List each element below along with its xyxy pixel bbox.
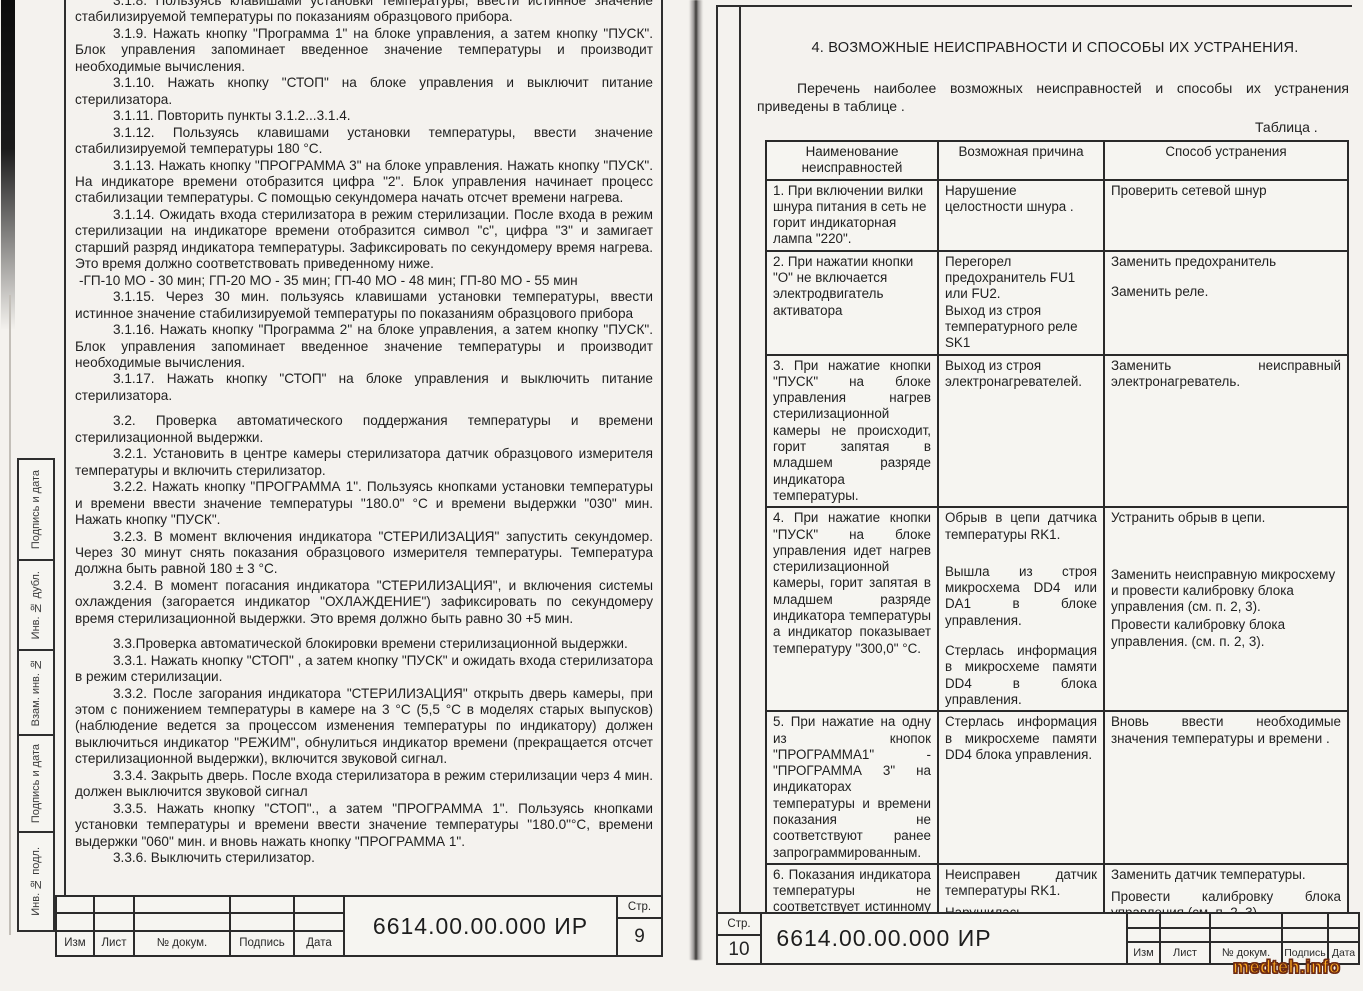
title-block-empty-row — [57, 897, 343, 914]
cell-text: Нарушение целостности шнура . — [945, 183, 1097, 216]
fault-cell: 3. При нажатие кнопки "ПУСК" на блоке уп… — [766, 355, 938, 508]
title-block-empty-row — [57, 914, 343, 931]
right-page-frame-inner — [739, 5, 741, 912]
paragraph-3-1-12: 3.1.12. Пользуясь клавишами установки те… — [75, 125, 653, 158]
cell-text: Заменить реле. — [1111, 284, 1341, 300]
title-block-empty-row — [1128, 914, 1358, 929]
paragraph-3-2-3: 3.2.3. В момент включения индикатора "СТ… — [75, 529, 653, 578]
table-caption: Таблица . — [1255, 119, 1318, 135]
paragraph-3-1-10: 3.1.10. Нажать кнопку "СТОП" на блоке уп… — [75, 75, 653, 108]
col-podpis: Подпись — [231, 932, 295, 955]
table-row: 5. При нажатие на одну из кнопок "ПРОГРА… — [766, 711, 1348, 864]
margin-box-signature-date-1: Подпись и дата — [17, 458, 55, 561]
scan-edge-line — [9, 295, 11, 935]
page-number: 10 — [718, 936, 760, 963]
cell-text: Заменить неисправный электронагреватель. — [1111, 358, 1341, 391]
left-title-block-columns: Изм Лист № докум. Подпись Дата — [57, 897, 345, 955]
section-heading: 4. ВОЗМОЖНЫЕ НЕИСПРАВНОСТИ И СПОСОБЫ ИХ … — [758, 40, 1352, 56]
col-list: Лист — [95, 932, 135, 955]
paragraph-gp-models: -ГП-10 МО - 30 мин; ГП-20 МО - 35 мин; Г… — [75, 273, 653, 289]
paragraph-3-3-1: 3.3.1. Нажать кнопку "СТОП" , а затем кн… — [75, 653, 653, 686]
paragraph-3-3: 3.3.Проверка автоматической блокировки в… — [75, 636, 653, 652]
paragraph-3-3-6: 3.3.6. Выключить стерилизатор. — [75, 850, 653, 866]
fault-cell: 1. При включении вилки шнура питания в с… — [766, 180, 938, 251]
cause-cell: Стерлась информация в микросхеме памяти … — [938, 711, 1104, 864]
paragraph-3-3-2: 3.3.2. После загорания индикатора "СТЕРИ… — [75, 686, 653, 768]
margin-box-inv-podl: Инв. № подл. — [17, 831, 55, 932]
header-cause: Возможная причина — [938, 141, 1104, 180]
page-number: 9 — [618, 919, 661, 955]
cause-cell: Выход из строя электронагревателей. — [938, 355, 1104, 508]
paragraph-3-1-8: 3.1.8. Пользуясь клавишами установки тем… — [75, 0, 653, 26]
paragraph-3-1-15: 3.1.15. Через 30 мин. пользуясь клавишам… — [75, 289, 653, 322]
cell-text: Устранить обрыв в цепи. — [1111, 510, 1341, 526]
doc-number: 6614.00.00.000 ИР — [762, 914, 1006, 963]
watermark: medteh.info — [1233, 957, 1341, 978]
header-fix: Способ устранения — [1104, 141, 1348, 180]
cell-text: 4. При нажатие кнопки "ПУСК" на блоке уп… — [773, 510, 931, 657]
margin-label: Подпись и дата — [30, 744, 42, 823]
paragraph-3-2-2: 3.2.2. Нажать кнопку "ПРОГРАММА 1". Поль… — [75, 479, 653, 528]
cell-text: Заменить датчик температуры. — [1111, 867, 1341, 883]
paragraph-3-1-17: 3.1.17. Нажать кнопку "СТОП" на блоке уп… — [75, 371, 653, 404]
cell-text: Провести калибровку блока управления. (с… — [1111, 617, 1341, 650]
page-fold-shadow — [689, 0, 703, 960]
page-number-box: Стр. 9 — [616, 897, 661, 955]
fix-cell: Проверить сетевой шнур — [1104, 180, 1348, 251]
cell-text: Обрыв в цепи датчика температуры RK1. — [945, 510, 1097, 543]
header-fault-name: Наименование неисправностей — [766, 141, 938, 180]
paragraph-3-3-5: 3.3.5. Нажать кнопку "СТОП"., а затем "П… — [75, 801, 653, 850]
cause-cell: Нарушение целостности шнура . — [938, 180, 1104, 251]
cell-text: Стерлась информация в микросхеме памяти … — [945, 643, 1097, 708]
paragraph-3-1-11: 3.1.11. Повторить пункты 3.1.2...3.1.4. — [75, 108, 653, 124]
right-title-block-columns: Изм Лист № докум. Подпись Дата — [1126, 914, 1358, 963]
margin-box-signature-date-2: Подпись и дата — [17, 734, 55, 833]
page-number-box: Стр. 10 — [718, 914, 762, 963]
table-row: 3. При нажатие кнопки "ПУСК" на блоке уп… — [766, 355, 1348, 508]
cell-text: 2. При нажатии кнопки "О" не включается … — [773, 254, 931, 319]
table-row: 4. При нажатие кнопки "ПУСК" на блоке уп… — [766, 507, 1348, 711]
col-izm: Изм — [57, 932, 95, 955]
cell-text: Выход из строя электронагревателей. — [945, 358, 1097, 391]
cell-text: 3. При нажатие кнопки "ПУСК" на блоке уп… — [773, 358, 931, 505]
col-dokum: № докум. — [135, 932, 231, 955]
cell-text: 5. При нажатие на одну из кнопок "ПРОГРА… — [773, 714, 931, 861]
left-page-frame-left — [64, 0, 66, 957]
intro-paragraph: Перечень наиболее возможных неисправност… — [757, 79, 1349, 115]
scanned-document: Подпись и дата Инв. № дубл. Взам. инв. №… — [0, 0, 1363, 991]
fault-cell: 4. При нажатие кнопки "ПУСК" на блоке уп… — [766, 507, 938, 711]
cell-text: Заменить предохранитель — [1111, 254, 1341, 270]
fix-cell: Устранить обрыв в цепи. Заменить неиспра… — [1104, 507, 1348, 711]
cell-text: Вышла из строя микросхема DD4 или DA1 в … — [945, 564, 1097, 629]
doc-number: 6614.00.00.000 ИР — [345, 897, 616, 955]
right-page-frame-top — [716, 5, 1352, 7]
title-block-empty-row — [1128, 929, 1358, 944]
paragraph-3-1-13: 3.1.13. Нажать кнопку "ПРОГРАММА 3" на б… — [75, 158, 653, 207]
margin-box-vzam-inv: Взам. инв. № — [17, 649, 55, 736]
margin-label: Подпись и дата — [30, 470, 42, 549]
cause-cell: Обрыв в цепи датчика температуры RK1. Вы… — [938, 507, 1104, 711]
margin-label: Инв. № дубл. — [30, 571, 42, 639]
cell-text: Стерлась информация в микросхеме памяти … — [945, 714, 1097, 763]
left-page-frame-right — [661, 0, 663, 957]
margin-label: Инв. № подл. — [30, 847, 42, 916]
margin-box-inv-dupl: Инв. № дубл. — [17, 559, 55, 651]
cell-text: Заменить неисправную микросхему и провес… — [1111, 567, 1341, 616]
title-block-label-row: Изм Лист № докум. Подпись Дата — [57, 932, 343, 955]
col-izm: Изм — [1128, 943, 1161, 963]
paragraph-3-2: 3.2. Проверка автоматического поддержани… — [75, 413, 653, 446]
fix-cell: Заменить предохранитель Заменить реле. — [1104, 251, 1348, 355]
page-label: Стр. — [618, 897, 661, 919]
cell-text: Выход из строя температурного реле SK1 — [945, 303, 1097, 352]
fault-table: Наименование неисправностей Возможная пр… — [765, 140, 1349, 958]
right-page-frame-outer — [716, 5, 718, 912]
scan-edge-shadow — [1, 0, 15, 330]
margin-label: Взам. инв. № — [30, 658, 42, 726]
cell-text: Проверить сетевой шнур — [1111, 183, 1341, 199]
cell-text: 1. При включении вилки шнура питания в с… — [773, 183, 931, 248]
paragraph-3-3-4: 3.3.4. Закрыть дверь. После входа стерил… — [75, 768, 653, 801]
left-title-block: Изм Лист № докум. Подпись Дата 6614.00.0… — [55, 895, 663, 957]
cell-text: Неисправен датчик температуры RK1. — [945, 867, 1097, 900]
cell-text: Вновь ввести необходимые значения темпер… — [1111, 714, 1341, 747]
col-data: Дата — [295, 932, 343, 955]
paragraph-3-2-1: 3.2.1. Установить в центре камеры стерил… — [75, 446, 653, 479]
paragraph-3-1-14: 3.1.14. Ожидать входа стерилизатора в ре… — [75, 207, 653, 273]
fix-cell: Вновь ввести необходимые значения темпер… — [1104, 711, 1348, 864]
paragraph-3-2-4: 3.2.4. В момент погасания индикатора "СТ… — [75, 578, 653, 627]
fault-cell: 2. При нажатии кнопки "О" не включается … — [766, 251, 938, 355]
table-header-row: Наименование неисправностей Возможная пр… — [766, 141, 1348, 180]
page-label: Стр. — [718, 914, 760, 936]
col-list: Лист — [1161, 943, 1211, 963]
table-row: 1. При включении вилки шнура питания в с… — [766, 180, 1348, 251]
paragraph-3-1-16: 3.1.16. Нажать кнопку "Программа 2" на б… — [75, 322, 653, 371]
left-page-text: 3.1.8. Пользуясь клавишами установки тем… — [75, 0, 653, 867]
table-row: 2. При нажатии кнопки "О" не включается … — [766, 251, 1348, 355]
paragraph-3-1-9: 3.1.9. Нажать кнопку "Программа 1" на бл… — [75, 26, 653, 75]
fix-cell: Заменить неисправный электронагреватель. — [1104, 355, 1348, 508]
fault-cell: 5. При нажатие на одну из кнопок "ПРОГРА… — [766, 711, 938, 864]
cell-text: Перегорел предохранитель FU1 или FU2. — [945, 254, 1097, 303]
cause-cell: Перегорел предохранитель FU1 или FU2. Вы… — [938, 251, 1104, 355]
